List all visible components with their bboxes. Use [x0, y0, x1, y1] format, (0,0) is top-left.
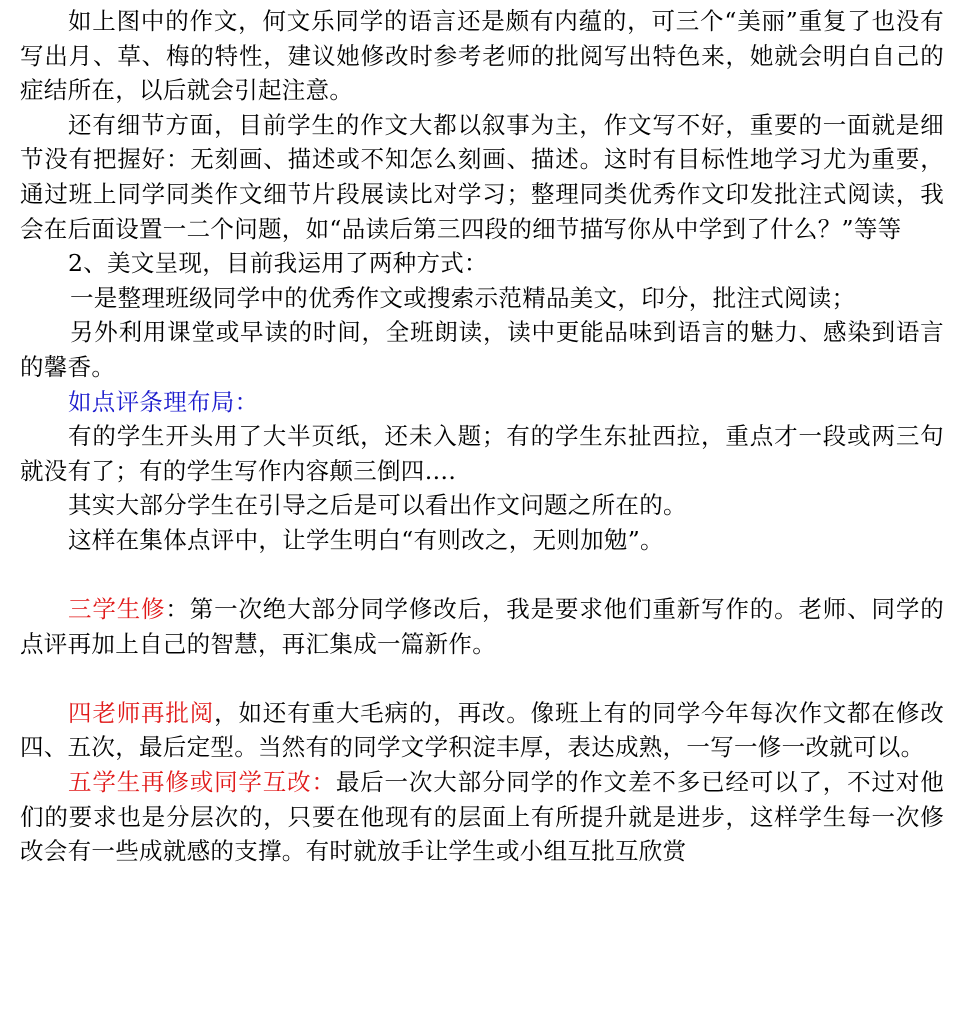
subheading-structure-review: 如点评条理布局：: [20, 385, 944, 420]
paragraph-step-five: 五学生再修或同学互改：最后一次大部分同学的作文差不多已经可以了，不过对他们的要求…: [20, 765, 944, 869]
step-five-heading: 五学生再修或同学互改：: [68, 768, 336, 796]
step-three-heading: 三学生修: [68, 595, 165, 623]
paragraph-collective-review: 这样在集体点评中，让学生明白“有则改之，无则加勉”。: [20, 523, 944, 558]
paragraph-step-three: 三学生修：第一次绝大部分同学修改后，我是要求他们重新写作的。老师、同学的点评再加…: [20, 592, 944, 661]
paragraph-step-four: 四老师再批阅，如还有重大毛病的，再改。像班上有的同学今年每次作文都在修改四、五次…: [20, 696, 944, 765]
step-three-colon: ：: [165, 595, 189, 623]
blank-line: [20, 661, 944, 696]
paragraph-essay-feedback: 如上图中的作文，何文乐同学的语言还是颇有内蕴的，可三个“美丽”重复了也没有写出月…: [20, 4, 944, 108]
step-four-heading: 四老师再批阅: [68, 699, 214, 727]
paragraph-detail-writing: 还有细节方面，目前学生的作文大都以叙事为主，作文写不好，重要的一面就是细节没有把…: [20, 108, 944, 246]
paragraph-guidance: 其实大部分学生在引导之后是可以看出作文问题之所在的。: [20, 488, 944, 523]
blank-line: [20, 558, 944, 593]
document-body: 如上图中的作文，何文乐同学的语言还是颇有内蕴的，可三个“美丽”重复了也没有写出月…: [20, 4, 944, 869]
paragraph-structure-problems: 有的学生开头用了大半页纸，还未入题；有的学生东扯西拉，重点才一段或两三句就没有了…: [20, 419, 944, 488]
paragraph-method-one: 一是整理班级同学中的优秀作文或搜索示范精品美文，印分，批注式阅读；: [20, 281, 944, 316]
paragraph-model-essays-intro: 2、美文呈现，目前我运用了两种方式：: [20, 246, 944, 281]
paragraph-method-two: 另外利用课堂或早读的时间，全班朗读，读中更能品味到语言的魅力、感染到语言的馨香。: [20, 315, 944, 384]
